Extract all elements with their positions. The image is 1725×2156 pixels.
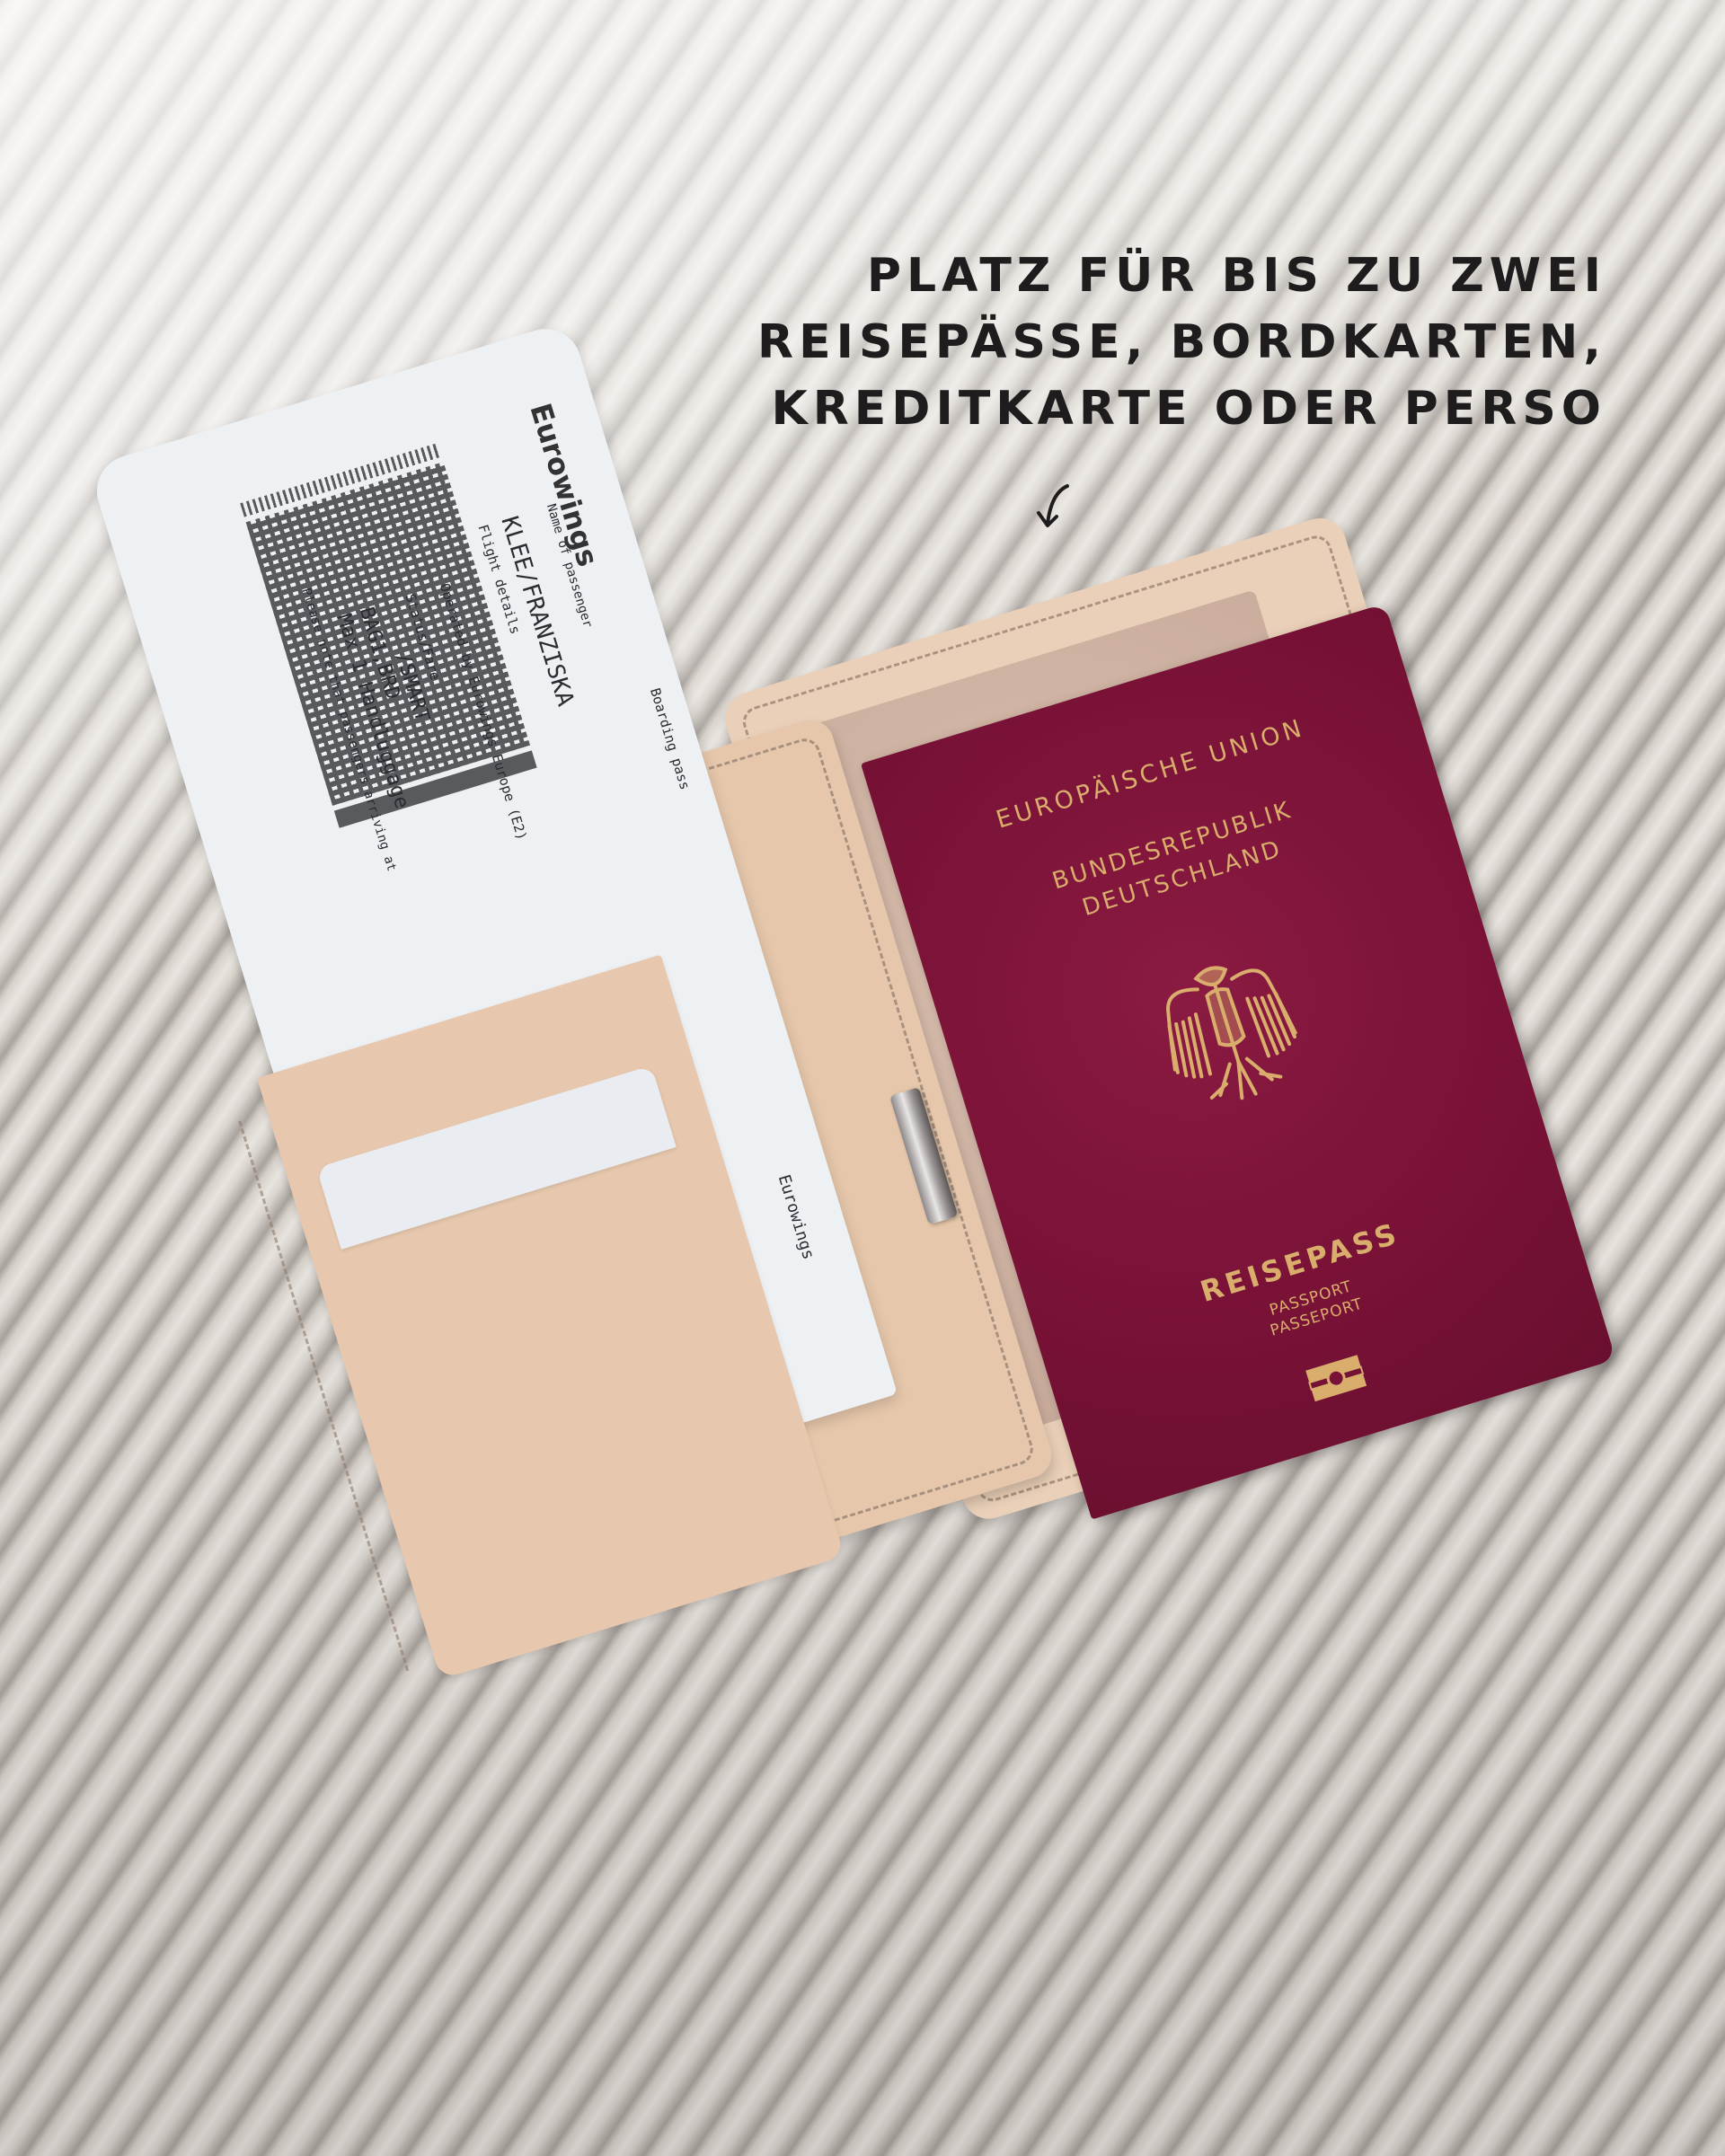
- boarding-pass-title: Boarding pass: [647, 686, 694, 792]
- federal-eagle-icon: [1138, 937, 1321, 1125]
- headline-line-1: PLATZ FÜR BIS ZU ZWEI: [708, 243, 1606, 309]
- headline-line-2: REISEPÄSSE, BORDKARTEN,: [708, 309, 1606, 376]
- arrow-down-left-icon: [1031, 481, 1076, 535]
- airline-footer: Eurowings: [774, 1172, 818, 1261]
- headline: PLATZ FÜR BIS ZU ZWEI REISEPÄSSE, BORDKA…: [708, 243, 1606, 442]
- biometric-chip-icon: [1305, 1354, 1367, 1402]
- passport-country: BUNDESREPUBLIK DEUTSCHLAND: [906, 749, 1450, 975]
- headline-line-3: KREDITKARTE ODER PERSO: [708, 376, 1606, 442]
